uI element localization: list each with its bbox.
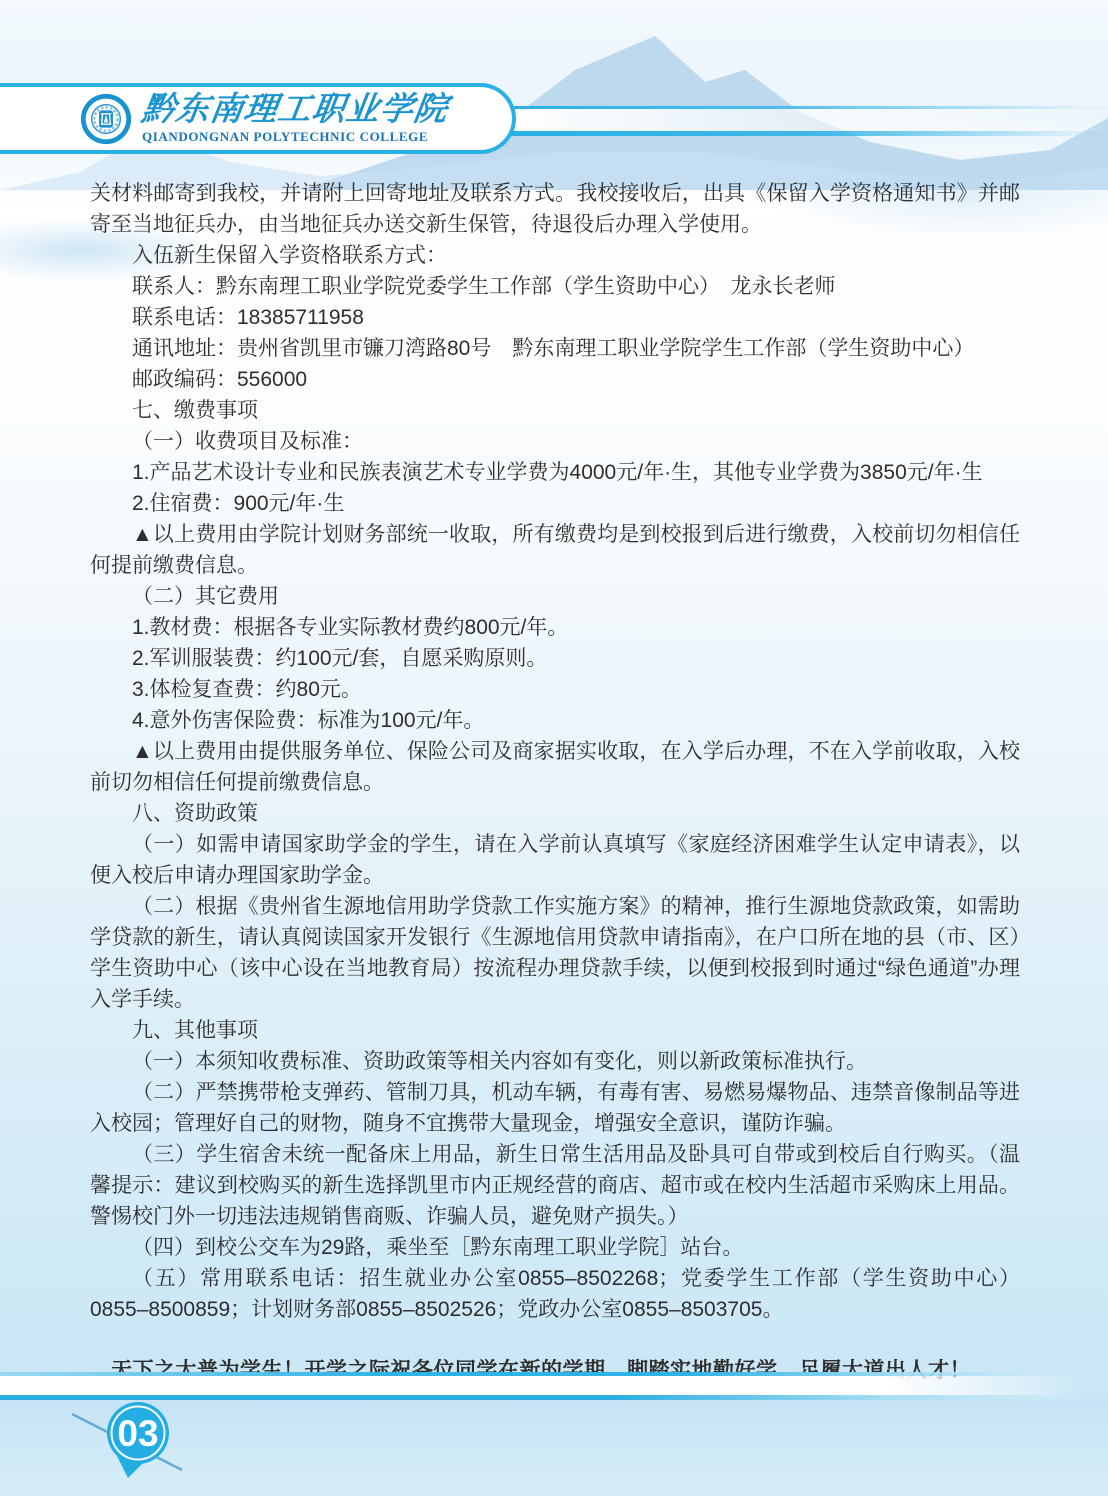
paragraph: 七、缴费事项: [90, 395, 1020, 426]
paragraph: 1.产品艺术设计专业和民族表演艺术专业学费为4000元/年·生，其他专业学费为3…: [90, 457, 1020, 488]
college-logo-capsule: 黔东南理工职业学院 QIANDONGNAN POLYTECHNIC COLLEG…: [0, 83, 516, 154]
page-number-droplet: 03: [107, 1402, 169, 1478]
paragraph: （四）到校公交车为29路，乘坐至［黔东南理工职业学院］站台。: [90, 1232, 1020, 1263]
paragraph: （二）根据《贵州省生源地信用助学贷款工作实施方案》的精神，推行生源地贷款政策，如…: [90, 891, 1020, 1015]
page-number: 03: [117, 1413, 158, 1454]
college-name-en: QIANDONGNAN POLYTECHNIC COLLEGE: [142, 129, 448, 145]
paragraph: 邮政编码：556000: [90, 364, 1020, 395]
paragraph: 联系人：黔东南理工职业学院党委学生工作部（学生资助中心） 龙永长老师: [90, 271, 1020, 302]
paragraph: 1.教材费：根据各专业实际教材费约800元/年。: [90, 612, 1020, 643]
paragraph: 入伍新生保留入学资格联系方式：: [90, 240, 1020, 271]
header-ribbon-band: [500, 109, 1108, 131]
paragraph: 4.意外伤害保险费：标准为100元/年。: [90, 705, 1020, 736]
paragraph: 八、资助政策: [90, 798, 1020, 829]
paragraph: 关材料邮寄到我校，并请附上回寄地址及联系方式。我校接收后，出具《保留入学资格通知…: [90, 178, 1020, 240]
paragraph: （三）学生宿舍未统一配备床上用品，新生日常生活用品及卧具可自带或到校后自行购买。…: [90, 1139, 1020, 1232]
college-name-zh: 黔东南理工职业学院: [140, 92, 451, 126]
document-page: 黔东南理工职业学院 QIANDONGNAN POLYTECHNIC COLLEG…: [0, 0, 1108, 1496]
paragraph: （五）常用联系电话：招生就业办公室0855–8502268；党委学生工作部（学生…: [90, 1263, 1020, 1325]
document-body: 关材料邮寄到我校，并请附上回寄地址及联系方式。我校接收后，出具《保留入学资格通知…: [90, 178, 1020, 1386]
paragraph: 九、其他事项: [90, 1015, 1020, 1046]
paragraph: （一）收费项目及标准：: [90, 426, 1020, 457]
paragraph: 3.体检复查费：约80元。: [90, 674, 1020, 705]
header-ribbon-line-upper: [500, 106, 1108, 109]
paragraph: 联系电话：18385711958: [90, 302, 1020, 333]
paragraph: ▲以上费用由学院计划财务部统一收取，所有缴费均是到校报到后进行缴费，入校前切勿相…: [90, 519, 1020, 581]
paragraph: （二）其它费用: [90, 581, 1020, 612]
paragraph: （一）本须知收费标准、资助政策等相关内容如有变化，则以新政策标准执行。: [90, 1046, 1020, 1077]
divider-line-upper: [0, 1372, 1108, 1376]
college-emblem-icon: [80, 93, 132, 145]
paragraph: 2.军训服装费：约100元/套，自愿采购原则。: [90, 643, 1020, 674]
paragraph: ▲以上费用由提供服务单位、保险公司及商家据实收取，在入学后办理，不在入学前收取，…: [90, 736, 1020, 798]
paragraph: 2.住宿费：900元/年·生: [90, 488, 1020, 519]
college-name-block: 黔东南理工职业学院 QIANDONGNAN POLYTECHNIC COLLEG…: [142, 92, 448, 145]
page-number-badge: 03: [64, 1396, 194, 1484]
paragraph: （一）如需申请国家助学金的学生，请在入学前认真填写《家庭经济困难学生认定申请表》…: [90, 829, 1020, 891]
header-ribbon-line-lower: [500, 131, 1108, 136]
paragraph: （二）严禁携带枪支弹药、管制刀具，机动车辆，有毒有害、易燃易爆物品、违禁音像制品…: [90, 1077, 1020, 1139]
paragraph: 通讯地址：贵州省凯里市镰刀湾路80号 黔东南理工职业学院学生工作部（学生资助中心…: [90, 333, 1020, 364]
